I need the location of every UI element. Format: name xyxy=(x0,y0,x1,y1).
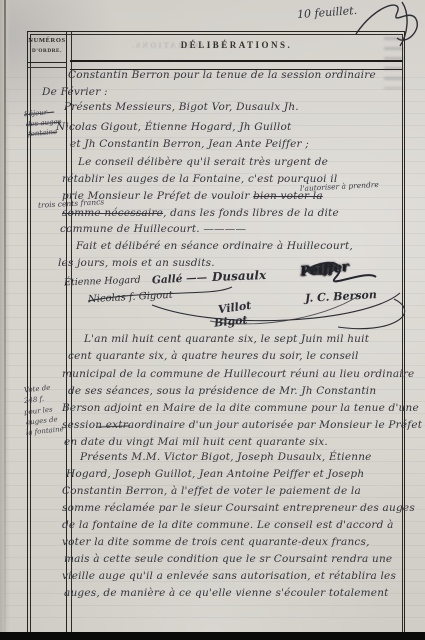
manuscript-line: Constantin Berron pour la tenue de la se… xyxy=(68,70,376,82)
line-text: , dans les fonds libres de la dite xyxy=(163,207,339,219)
header-rule-numbers xyxy=(28,62,66,68)
manuscript-line: Fait et délibéré en séance ordinaire à H… xyxy=(76,241,353,253)
manuscript-line: cent quarante six, à quatre heures du so… xyxy=(68,351,359,363)
manuscript-line: de ses séances, sous la présidence de Mr… xyxy=(68,386,376,398)
ordre-label: D'ORDRE. xyxy=(28,48,66,54)
manuscript-line: Hogard, Joseph Guillot, Jean Antoine Pei… xyxy=(66,469,364,481)
manuscript-line: L'an mil huit cent quarante six, le sept… xyxy=(84,334,369,346)
manuscript-line: auges, de manière à ce qu'elle vienne s'… xyxy=(64,588,389,600)
manuscript-line: municipal de la commune de Huillecourt r… xyxy=(62,369,414,381)
manuscript-line: Le conseil délibère qu'il serait très ur… xyxy=(78,157,328,169)
folio-note: 10 feuillet. xyxy=(297,4,358,21)
numeros-label: NUMÉROS xyxy=(28,37,66,44)
manuscript-line: voter la dite somme de trois cent quaran… xyxy=(62,537,370,549)
manuscript-line: Constantin Berron, à l'effet de voter le… xyxy=(62,486,361,498)
manuscript-line: en date du vingt Mai mil huit cent quara… xyxy=(64,437,328,449)
manuscript-line: somme nécessaire, dans les fonds libres … xyxy=(62,208,339,220)
manuscript-line: Nicolas Gigout, Étienne Hogard, Jh Guill… xyxy=(56,122,291,134)
manuscript-line: rétablir les auges de la Fontaine, c'est… xyxy=(62,174,337,186)
manuscript-line: commune de Huillecourt. ———— xyxy=(60,224,246,236)
manuscript-line: de la fontaine de la dite commune. Le co… xyxy=(62,520,394,532)
manuscript-line: et Jh Constantin Berron, Jean Ante Peiff… xyxy=(70,139,309,151)
page-title: DÉLIBÉRATIONS. xyxy=(70,40,403,50)
manuscript-line: mais à cette seule condition que le sr C… xyxy=(64,554,392,566)
signature-flourishes-icon xyxy=(60,255,410,335)
manuscript-line: Présents Messieurs, Bigot Vor, Dusaulx J… xyxy=(64,102,299,114)
crossed-words: bien voter la xyxy=(253,190,323,202)
manuscript-line: vieille auge qu'il a enlevée sans autori… xyxy=(62,571,396,583)
manuscript-line: Berson adjoint en Maire de la dite commu… xyxy=(62,403,419,415)
numbers-column-header: NUMÉROS D'ORDRE. xyxy=(28,37,66,54)
manuscript-line: somme réclamée par le sieur Coursaint en… xyxy=(62,503,415,515)
manuscript-line: De Février : xyxy=(42,87,108,99)
crossed-words: somme nécessaire xyxy=(62,207,163,219)
scanned-register-page: 10 feuillet. NUMÉROS D'ORDRE. DÉLIBÉRATI… xyxy=(0,0,425,633)
scan-backdrop-strip xyxy=(0,632,425,640)
manuscript-line: Présents M.M. Victor Bigot, Joseph Dusau… xyxy=(80,452,372,464)
